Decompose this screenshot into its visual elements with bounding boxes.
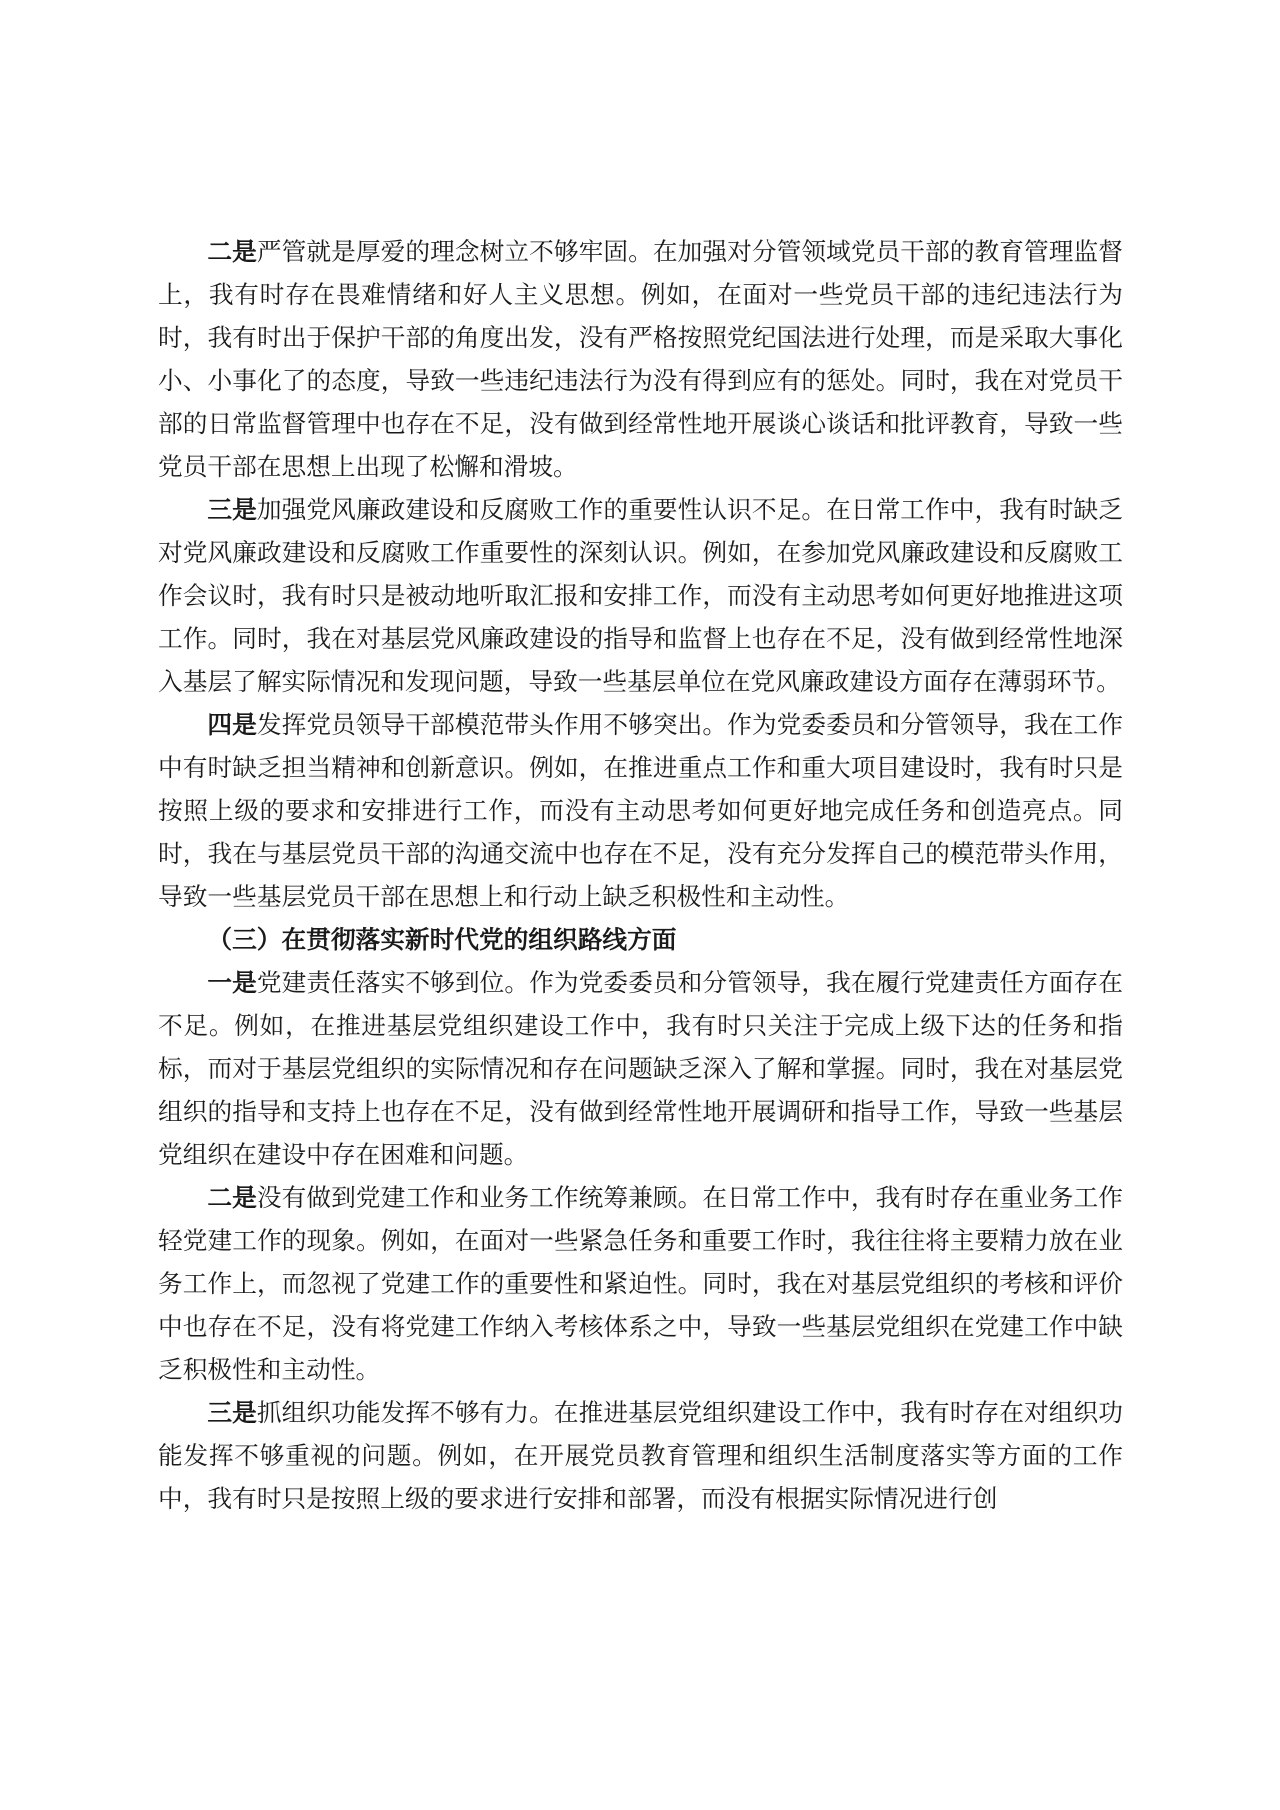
paragraph-lead: 二是 <box>207 1183 257 1212</box>
section-heading-text: （三）在贯彻落实新时代党的组织路线方面 <box>207 925 676 954</box>
paragraph: 四是发挥党员领导干部模范带头作用不够突出。作为党委委员和分管领导，我在工作中有时… <box>158 703 1123 918</box>
paragraph: 一是党建责任落实不够到位。作为党委委员和分管领导，我在履行党建责任方面存在不足。… <box>158 961 1123 1176</box>
paragraph-text: 发挥党员领导干部模范带头作用不够突出。作为党委委员和分管领导，我在工作中有时缺乏… <box>158 710 1123 911</box>
section-heading: （三）在贯彻落实新时代党的组织路线方面 <box>158 918 1123 961</box>
paragraph-text: 严管就是厚爱的理念树立不够牢固。在加强对分管领域党员干部的教育管理监督上，我有时… <box>158 237 1123 481</box>
paragraph-text: 加强党风廉政建设和反腐败工作的重要性认识不足。在日常工作中，我有时缺乏对党风廉政… <box>158 495 1123 696</box>
paragraph: 二是没有做到党建工作和业务工作统筹兼顾。在日常工作中，我有时存在重业务工作轻党建… <box>158 1176 1123 1391</box>
paragraph-text: 党建责任落实不够到位。作为党委委员和分管领导，我在履行党建责任方面存在不足。例如… <box>158 968 1123 1169</box>
paragraph-lead: 三是 <box>207 495 257 524</box>
paragraph: 二是严管就是厚爱的理念树立不够牢固。在加强对分管领域党员干部的教育管理监督上，我… <box>158 230 1123 488</box>
paragraph-lead: 一是 <box>207 968 257 997</box>
paragraph-lead: 二是 <box>207 237 257 266</box>
document-page: 二是严管就是厚爱的理念树立不够牢固。在加强对分管领域党员干部的教育管理监督上，我… <box>0 0 1280 1810</box>
paragraph: 三是加强党风廉政建设和反腐败工作的重要性认识不足。在日常工作中，我有时缺乏对党风… <box>158 488 1123 703</box>
paragraph-text: 抓组织功能发挥不够有力。在推进基层党组织建设工作中，我有时存在对组织功能发挥不够… <box>158 1398 1123 1513</box>
paragraph-lead: 三是 <box>207 1398 257 1427</box>
document-body: 二是严管就是厚爱的理念树立不够牢固。在加强对分管领域党员干部的教育管理监督上，我… <box>158 230 1123 1520</box>
paragraph-lead: 四是 <box>207 710 257 739</box>
paragraph-text: 没有做到党建工作和业务工作统筹兼顾。在日常工作中，我有时存在重业务工作轻党建工作… <box>158 1183 1123 1384</box>
paragraph: 三是抓组织功能发挥不够有力。在推进基层党组织建设工作中，我有时存在对组织功能发挥… <box>158 1391 1123 1520</box>
